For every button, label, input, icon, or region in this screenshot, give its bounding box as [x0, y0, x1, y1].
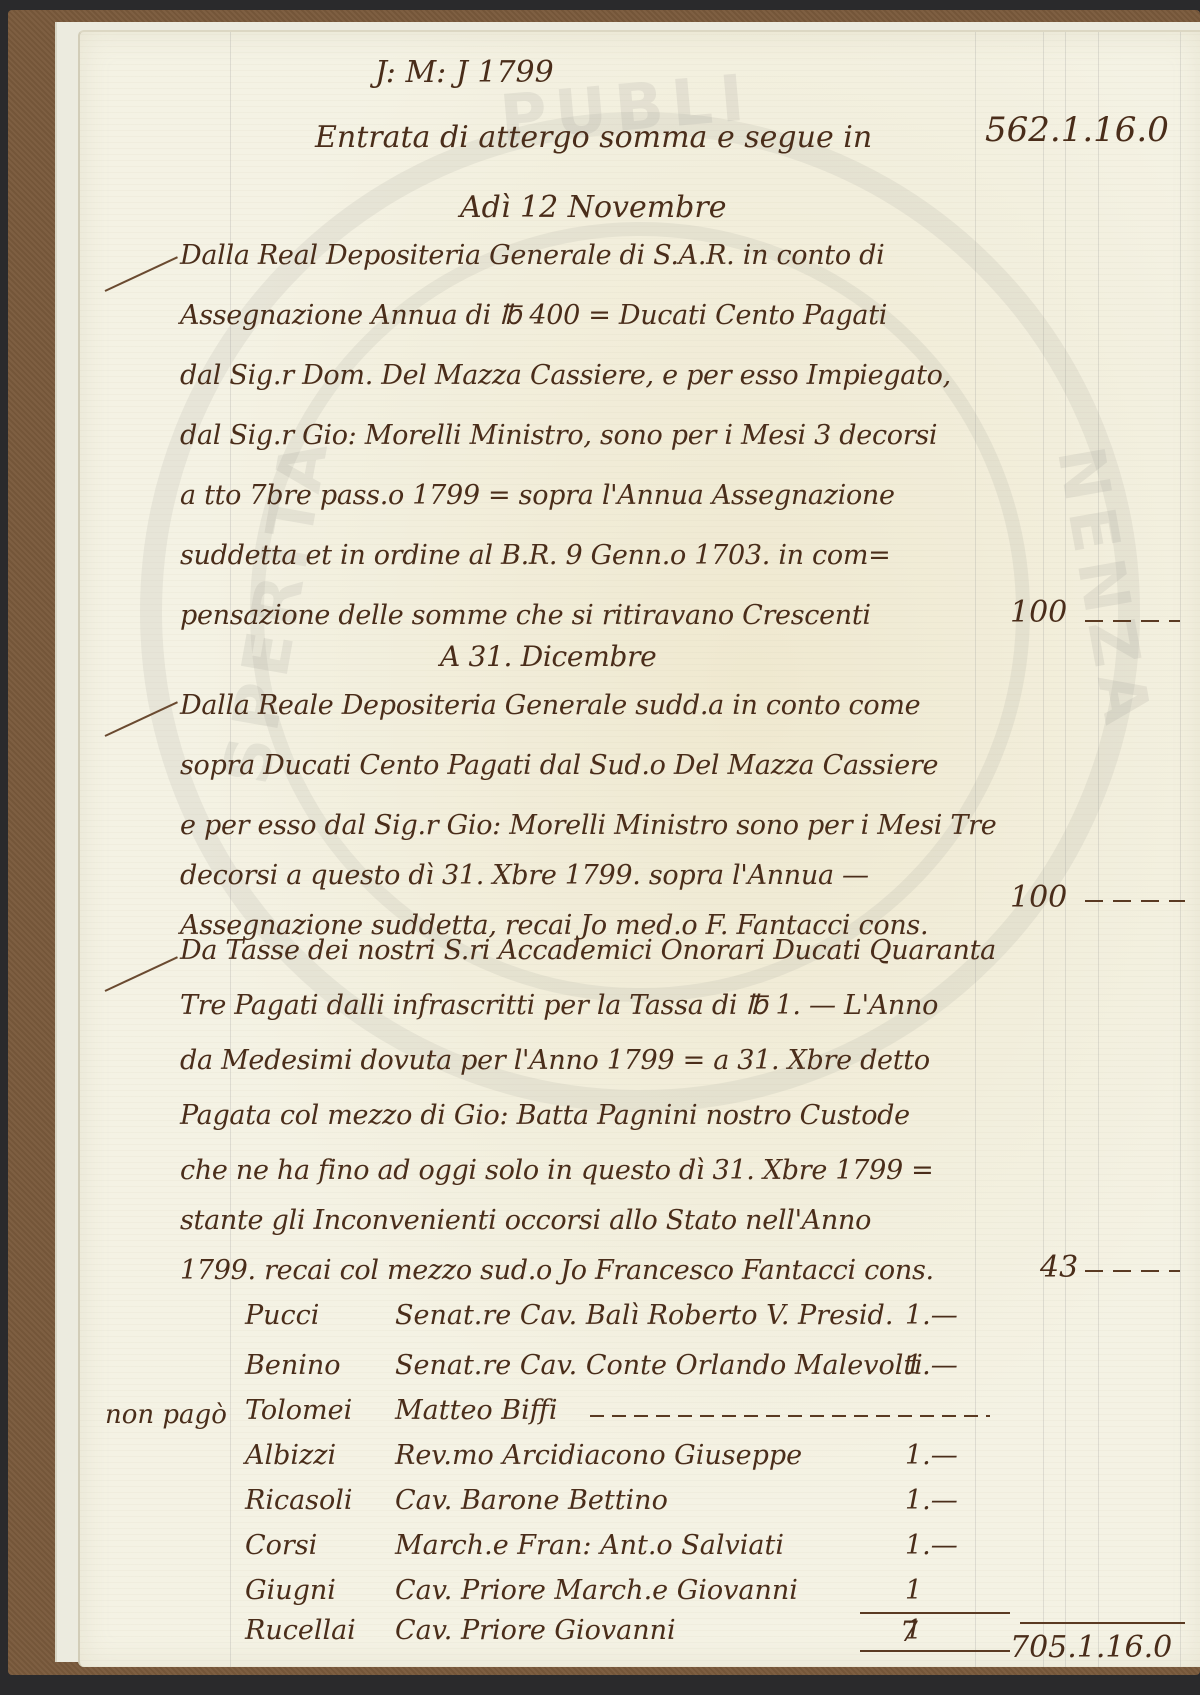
entry-3-line-4: Pagata col mezzo di Gio: Batta Pagnini n… — [180, 1100, 910, 1131]
member-name: March.e Fran: Ant.o Salviati — [395, 1530, 784, 1561]
entry-2-amount: 100 — [1010, 880, 1067, 915]
page-total: 705.1.16.0 — [1010, 1630, 1172, 1665]
entry-3-line-7: 1799. recai col mezzo sud.o Jo Francesco… — [180, 1255, 934, 1286]
not-paid-dashes — [590, 1415, 990, 1417]
entry-1-line-5: a tto 7bre pass.o 1799 = sopra l'Annua A… — [180, 480, 895, 511]
ruling-line — [1098, 32, 1099, 1667]
entry-2-line-1: Dalla Reale Depositeria Generale sudd.a … — [180, 690, 920, 721]
member-family: Tolomei — [245, 1395, 352, 1426]
ruling-line — [230, 32, 231, 1667]
entry-3-line-3: da Medesimi dovuta per l'Anno 1799 = a 3… — [180, 1045, 930, 1076]
entry-1-line-1: Dalla Real Depositeria Generale di S.A.R… — [180, 240, 884, 271]
entry-3-line-6: stante gli Inconvenienti occorsi allo St… — [180, 1205, 871, 1236]
member-name: Senat.re Cav. Balì Roberto V. Presid. — [395, 1300, 893, 1331]
ruling-line — [975, 32, 976, 1667]
amount-dashes — [1085, 1270, 1180, 1272]
date-heading-december: A 31. Dicembre — [440, 640, 656, 673]
total-rule — [1020, 1622, 1185, 1624]
ruling-line — [1180, 32, 1181, 1667]
entry-2-line-2: sopra Ducati Cento Pagati dal Sud.o Del … — [180, 750, 938, 781]
entry-1-line-4: dal Sig.r Gio: Morelli Ministro, sono pe… — [180, 420, 937, 451]
entry-1-line-2: Assegnazione Annua di ℔ 400 = Ducati Cen… — [180, 300, 887, 331]
member-name: Rev.mo Arcidiacono Giuseppe — [395, 1440, 802, 1471]
member-name: Cav. Priore Giovanni — [395, 1615, 676, 1646]
subtotal-rule — [860, 1650, 1010, 1652]
member-family: Giugni — [245, 1575, 336, 1606]
carried-forward-label: Entrata di attergo somma e segue in — [315, 120, 872, 155]
date-heading-november: Adì 12 Novembre — [460, 190, 726, 225]
watermark-text-right: NENZA — [1042, 441, 1165, 736]
member-amount: 1 — [905, 1575, 922, 1606]
subtotal-rule — [860, 1612, 1010, 1614]
members-subtotal: 7 — [900, 1615, 918, 1648]
entry-1-amount: 100 — [1010, 595, 1067, 630]
amount-dashes — [1085, 620, 1180, 622]
member-family: Albizzi — [245, 1440, 336, 1471]
member-amount: 1.— — [905, 1485, 958, 1516]
entry-1-line-3: dal Sig.r Dom. Del Mazza Cassiere, e per… — [180, 360, 951, 391]
invocation-heading: J: M: J 1799 — [375, 55, 554, 90]
entry-2-line-4: decorsi a questo dì 31. Xbre 1799. sopra… — [180, 860, 869, 891]
member-family: Rucellai — [245, 1615, 356, 1646]
ruling-line — [1043, 32, 1044, 1667]
member-amount: 1.— — [905, 1440, 958, 1471]
member-name: Cav. Barone Bettino — [395, 1485, 668, 1516]
ruling-line — [1065, 32, 1066, 1667]
entry-3-amount: 43 — [1040, 1250, 1078, 1285]
member-name: Matteo Biffi — [395, 1395, 558, 1426]
member-name: Cav. Priore March.e Giovanni — [395, 1575, 798, 1606]
member-amount: 1.— — [905, 1300, 958, 1331]
carried-forward-amount: 562.1.16.0 — [985, 110, 1169, 150]
member-name: Senat.re Cav. Conte Orlando Malevolti — [395, 1350, 923, 1381]
entry-2-line-3: e per esso dal Sig.r Gio: Morelli Minist… — [180, 810, 996, 841]
entry-3-line-5: che ne ha fino ad oggi solo in questo dì… — [180, 1155, 933, 1186]
member-family: Ricasoli — [245, 1485, 353, 1516]
member-note-not-paid: non pagò — [105, 1400, 227, 1430]
amount-dashes — [1085, 900, 1185, 902]
member-family: Pucci — [245, 1300, 319, 1331]
member-amount: 1.— — [905, 1350, 958, 1381]
entry-3-line-1: Da Tasse dei nostri S.ri Accademici Onor… — [180, 935, 996, 966]
entry-1-line-7: pensazione delle somme che si ritiravano… — [180, 600, 871, 631]
member-family: Corsi — [245, 1530, 317, 1561]
entry-1-line-6: suddetta et in ordine al B.R. 9 Genn.o 1… — [180, 540, 890, 571]
member-family: Benino — [245, 1350, 341, 1381]
entry-3-line-2: Tre Pagati dalli infrascritti per la Tas… — [180, 990, 938, 1021]
member-amount: 1.— — [905, 1530, 958, 1561]
